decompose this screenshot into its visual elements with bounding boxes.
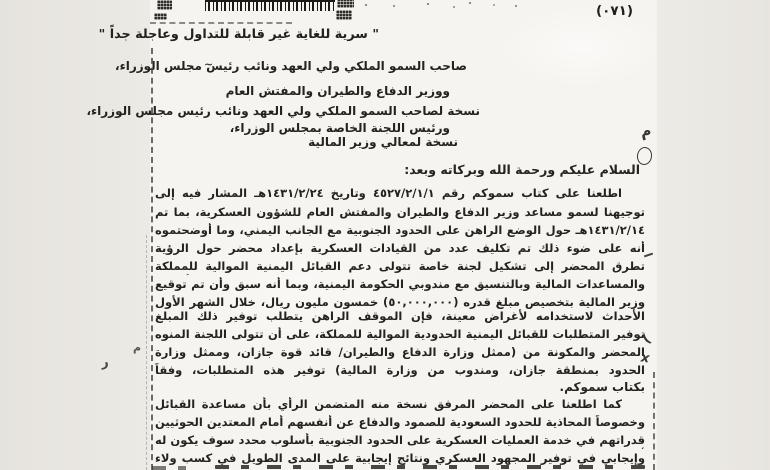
- address-line: صاحب السمو الملكي ولي العهد ونائب رئيس م…: [115, 59, 467, 75]
- stamp-fragment-icon: [157, 0, 172, 10]
- handwritten-tick-mark: ~: [204, 58, 213, 71]
- body-line: ١٤٣١/٢/١٤هـ حول الوضع الراهن على الحدود …: [155, 223, 645, 239]
- body-line: توفير المتطلبات للقبائل اليمنية الحدودية…: [155, 327, 645, 343]
- salutation-line: السلام عليكم ورحمة الله وبركاته وبعد:: [404, 162, 640, 178]
- right-margin-dashed-line: [653, 372, 655, 470]
- left-margin-dotted-line: [151, 48, 153, 470]
- scan-right-margin: [657, 0, 770, 470]
- body-line: الأحداث لاستخدامه لأغراض معينة، فإن المو…: [155, 309, 645, 325]
- body-line: وخصوصاً المحاذية للحدود السعودية للصمود …: [155, 415, 645, 431]
- address-line: نسخة لصاحب السمو الملكي ولي العهد ونائب …: [86, 104, 480, 120]
- left-margin-faint-line: [146, 235, 147, 470]
- handwritten-meem-mark-left: م: [133, 341, 141, 354]
- datamatrix-icon: [336, 10, 352, 20]
- body-line: الحدود بمنطقة جازان، ومندوب من وزارة الم…: [155, 363, 645, 379]
- body-line: قدراتهم في خدمة العمليات العسكرية على ال…: [155, 433, 645, 449]
- body-line: أنه على ضوء ذلك تم تكليف عدد من القيادات…: [155, 241, 645, 257]
- page-number: (٠٧١): [596, 3, 633, 19]
- cutoff-text-fragments: [215, 465, 645, 469]
- cutoff-text-fragments: [152, 466, 194, 470]
- datamatrix-icon: [337, 0, 354, 8]
- classification-banner: " سرية للغاية غير قابلة للتداول وعاجلة ج…: [167, 27, 379, 42]
- address-line: ووزير الدفاع والطيران والمفتش العام: [226, 84, 450, 100]
- body-line: كما اطلعنا على المحضر المرفق نسخة منه ال…: [155, 397, 622, 413]
- scan-noise-specks: [365, 4, 367, 6]
- body-line: توجيهنا لسمو مساعد وزير الدفاع والطيران …: [155, 205, 645, 221]
- body-line: تطرق المحضر إلى تشكيل لجنة خاصة تتولى دع…: [155, 259, 645, 275]
- body-line: المحضر والمكونة من (ممثل وزارة الدفاع وا…: [155, 345, 645, 361]
- scanned-document-page: (٠٧١) " سرية للغاية غير قابلة للتداول وع…: [0, 0, 770, 470]
- barcode-icon: [205, 0, 335, 11]
- address-line: نسخة لمعالي وزير المالية: [308, 135, 458, 151]
- body-line: والمساعدات المالية وبالتنسيق مع مندوبي ا…: [155, 277, 645, 293]
- stamp-fragment-icon: [154, 13, 167, 20]
- dashed-rule: [150, 22, 292, 24]
- body-line: بكتاب سموكم.: [560, 380, 645, 396]
- body-line: اطلعنا على كتاب سموكم رقم ٤٥٢٧/٢/١/١ وتا…: [155, 186, 622, 202]
